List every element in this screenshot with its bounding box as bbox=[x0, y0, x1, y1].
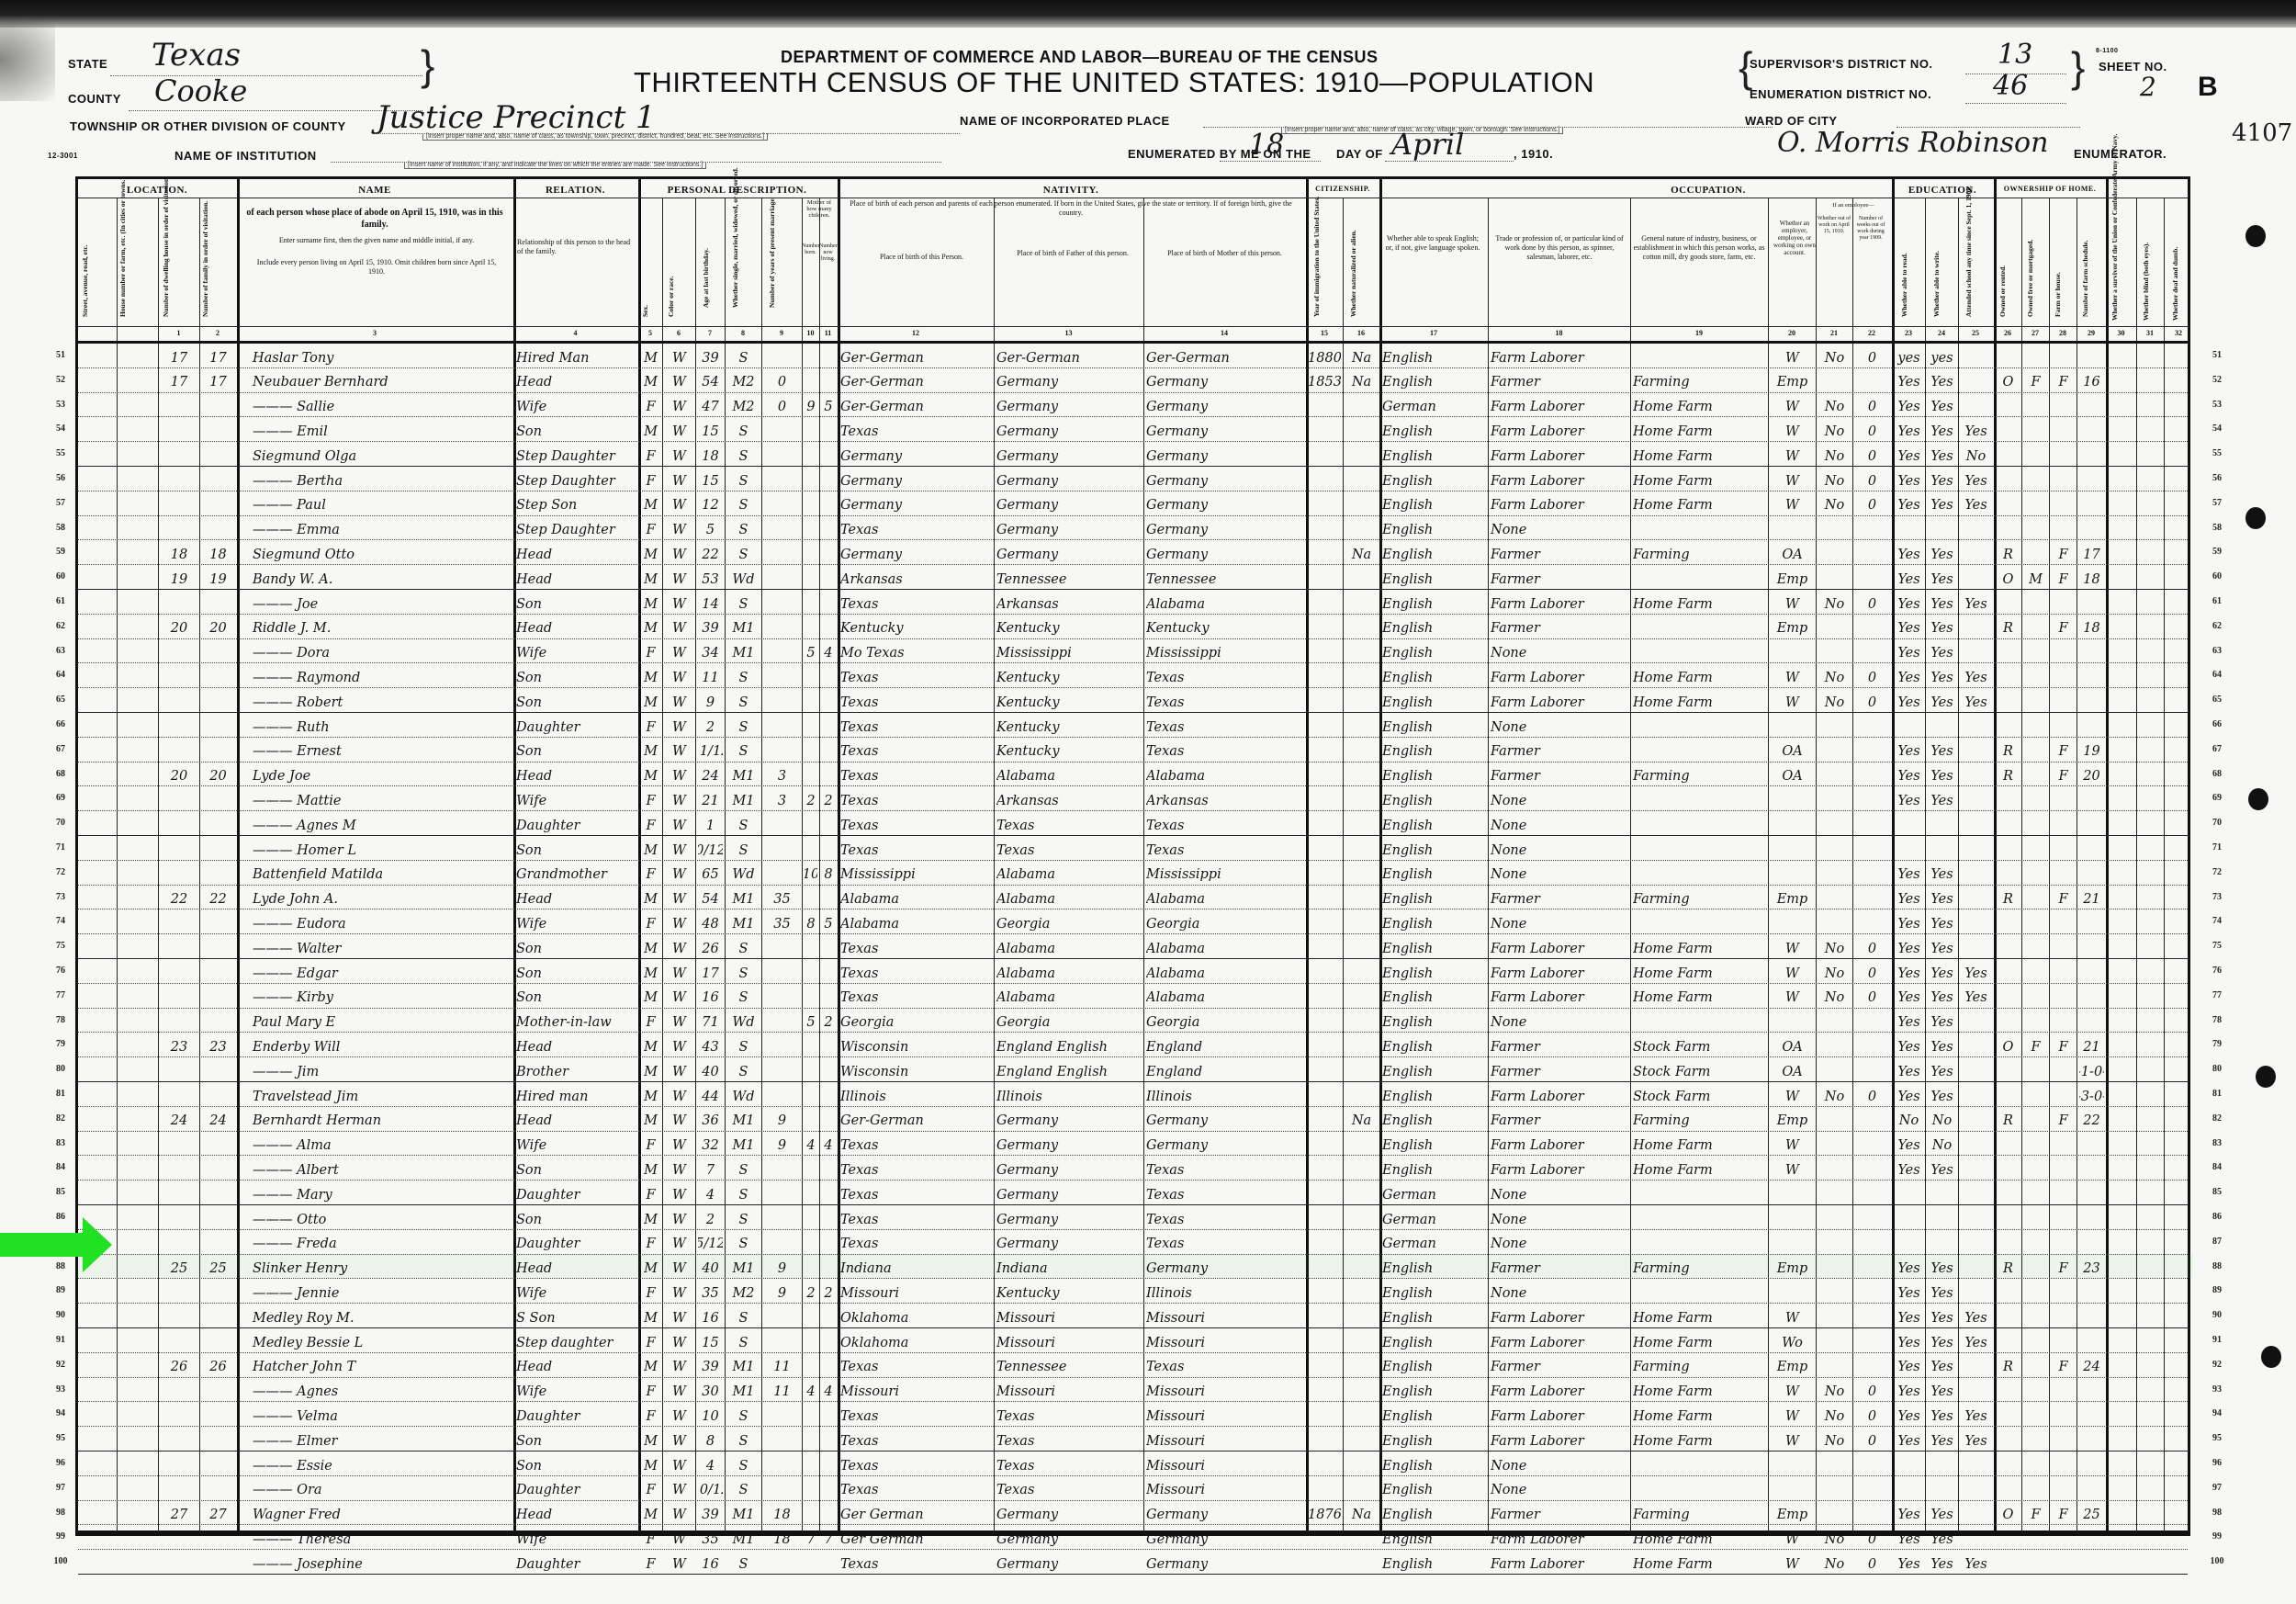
cell-read: Yes bbox=[1895, 933, 1923, 958]
cell-nat bbox=[1345, 1056, 1378, 1081]
cell-own: O bbox=[1997, 564, 2020, 589]
line-number: 53 bbox=[48, 400, 73, 410]
cell-dwelling bbox=[161, 1549, 197, 1574]
cell-write: Yes bbox=[1928, 1401, 1956, 1426]
cell-name: ——— Joe bbox=[240, 589, 511, 614]
table-row[interactable]: ——— MaryDaughterFW4STexasGermanyTexasGer… bbox=[78, 1180, 2193, 1204]
cell-school bbox=[1961, 1081, 1991, 1106]
cell-industry: Home Farm bbox=[1633, 1426, 1766, 1451]
cell-race: W bbox=[665, 515, 693, 540]
table-row[interactable]: ——— BerthaStep DaughterFW15SGermanyGerma… bbox=[78, 466, 2193, 491]
table-row[interactable]: ——— RuthDaughterFW2STexasKentuckyTexasEn… bbox=[78, 712, 2193, 737]
cell-read: Yes bbox=[1895, 1426, 1923, 1451]
cell-trade: Farm Laborer bbox=[1491, 933, 1628, 958]
cell-industry bbox=[1633, 785, 1766, 810]
cell-race: W bbox=[665, 1008, 693, 1033]
cell-mort: F bbox=[2024, 367, 2047, 392]
punch-hole bbox=[2256, 1066, 2276, 1088]
cell-born bbox=[805, 367, 817, 392]
table-row[interactable]: 2020Lyde JoeHeadMW24M13TexasAlabamaAlaba… bbox=[78, 762, 2193, 786]
line-number: 61 bbox=[2204, 596, 2230, 606]
cell-trade: None bbox=[1491, 1008, 1628, 1033]
cell-emp bbox=[1771, 1180, 1814, 1204]
cell-read: Yes bbox=[1895, 441, 1923, 466]
cell-yrs: 9 bbox=[764, 1254, 800, 1279]
cell-family bbox=[202, 1303, 234, 1327]
line-number: 57 bbox=[48, 498, 73, 508]
cell-name: ——— Velma bbox=[240, 1401, 511, 1426]
cell-mort bbox=[2024, 416, 2047, 441]
cell-imm bbox=[1309, 1426, 1341, 1451]
table-row[interactable]: ——— AlbertSonMW7STexasGermanyTexasEnglis… bbox=[78, 1155, 2193, 1180]
cell-marital: Wd bbox=[727, 1081, 760, 1106]
cell-relation: Daughter bbox=[516, 1229, 636, 1254]
cell-own bbox=[1997, 1204, 2020, 1229]
cell-out: No bbox=[1818, 1401, 1851, 1426]
cell-age: 48 bbox=[698, 909, 723, 933]
cell-weeks bbox=[1855, 515, 1889, 540]
table-row[interactable]: ——— FredaDaughterFW5/12STexasGermanyTexa… bbox=[78, 1229, 2193, 1254]
cell-yrs: 18 bbox=[764, 1524, 800, 1549]
cell-pob_m: Alabama bbox=[1146, 762, 1303, 786]
table-row[interactable]: ——— EdgarSonMW17STexasAlabamaAlabamaEngl… bbox=[78, 958, 2193, 983]
cell-imm bbox=[1309, 662, 1341, 687]
cell-weeks bbox=[1855, 712, 1889, 737]
table-row[interactable]: ——— OttoSonMW2STexasGermanyTexasGermanNo… bbox=[78, 1204, 2193, 1229]
cell-marital: S bbox=[727, 662, 760, 687]
cell-school bbox=[1961, 515, 1991, 540]
cell-name: Paul Mary E bbox=[240, 1008, 511, 1033]
cell-pob_m: Missouri bbox=[1146, 1451, 1303, 1475]
day-of-label: DAY OF bbox=[1336, 147, 1383, 161]
scan-top-edge bbox=[0, 0, 2296, 28]
table-row[interactable]: Medley Roy M.S SonMW16SOklahomaMissouriM… bbox=[78, 1303, 2193, 1327]
cell-write: yes bbox=[1928, 343, 1956, 367]
table-row[interactable]: ——— RaymondSonMW11STexasKentuckyTexasEng… bbox=[78, 662, 2193, 687]
cell-own bbox=[1997, 515, 2020, 540]
table-row[interactable]: ——— WalterSonMW26STexasAlabamaAlabamaEng… bbox=[78, 933, 2193, 958]
table-row[interactable]: ——— MattieWifeFW21M1322TexasArkansasArka… bbox=[78, 785, 2193, 810]
table-row[interactable]: Travelstead JimHired manMW44WdIllinoisIl… bbox=[78, 1081, 2193, 1106]
cell-school: Yes bbox=[1961, 958, 1991, 983]
cell-living bbox=[822, 416, 835, 441]
cell-pob: Indiana bbox=[840, 1254, 992, 1279]
cell-imm bbox=[1309, 1155, 1341, 1180]
table-row[interactable]: ——— AgnesWifeFW30M11144MissouriMissouriM… bbox=[78, 1377, 2193, 1402]
cell-weeks bbox=[1855, 1278, 1889, 1303]
cell-marital: S bbox=[727, 1327, 760, 1352]
cell-read: Yes bbox=[1895, 1524, 1923, 1549]
table-row[interactable]: ——— DoraWifeFW34M154Mo TexasMississippiM… bbox=[78, 638, 2193, 663]
line-number: 67 bbox=[2204, 744, 2230, 754]
table-row[interactable]: 2525Slinker HenryHeadMW40M19IndianaIndia… bbox=[78, 1254, 2193, 1279]
cell-school bbox=[1961, 1056, 1991, 1081]
table-row[interactable]: Medley Bessie LStep daughterFW15SOklahom… bbox=[78, 1327, 2193, 1352]
cell-fh bbox=[2052, 1303, 2075, 1327]
row-rule bbox=[78, 1574, 2188, 1575]
cell-mort bbox=[2024, 1204, 2047, 1229]
table-row[interactable]: ——— KirbySonMW16STexasAlabamaAlabamaEngl… bbox=[78, 983, 2193, 1008]
column-number: 22 bbox=[1852, 329, 1891, 337]
cell-marital: S bbox=[727, 491, 760, 515]
group-name: NAME bbox=[237, 185, 512, 196]
cell-fh: F bbox=[2052, 737, 2075, 762]
cell-read: Yes bbox=[1895, 909, 1923, 933]
cell-fh bbox=[2052, 933, 2075, 958]
line-number: 76 bbox=[2204, 966, 2230, 976]
table-row[interactable]: 2626Hatcher John THeadMW39M111TexasTenne… bbox=[78, 1352, 2193, 1377]
cell-family bbox=[202, 1008, 234, 1033]
cell-pob_m: Tennessee bbox=[1146, 564, 1303, 589]
cell-fh bbox=[2052, 1524, 2075, 1549]
cell-weeks: 0 bbox=[1855, 933, 1889, 958]
column-number: 7 bbox=[695, 329, 725, 337]
cell-lang: English bbox=[1382, 1254, 1486, 1279]
table-row[interactable]: ——— JimBrotherMW40SWisconsinEngland Engl… bbox=[78, 1056, 2193, 1081]
cell-write bbox=[1928, 1229, 1956, 1254]
table-row[interactable]: 2323Enderby WillHeadMW43SWisconsinEnglan… bbox=[78, 1032, 2193, 1056]
cell-emp bbox=[1771, 1229, 1814, 1254]
cell-living bbox=[822, 1106, 835, 1131]
cell-pob_m: Alabama bbox=[1146, 958, 1303, 983]
cell-emp: W bbox=[1771, 1081, 1814, 1106]
column-number: 11 bbox=[819, 329, 837, 337]
cell-industry: Home Farm bbox=[1633, 1377, 1766, 1402]
cell-sched: 9-3-0-0 bbox=[2079, 1081, 2104, 1106]
column-number: 27 bbox=[2021, 329, 2049, 337]
table-row[interactable]: ——— EudoraWifeFW48M13585AlabamaGeorgiaGe… bbox=[78, 909, 2193, 933]
cell-pob_m: Germany bbox=[1146, 1106, 1303, 1131]
cell-sex: M bbox=[641, 1032, 660, 1056]
cell-dwelling bbox=[161, 1426, 197, 1451]
punch-hole bbox=[2261, 1346, 2281, 1368]
cell-marital: M1 bbox=[727, 1524, 760, 1549]
cell-living: 8 bbox=[822, 860, 835, 885]
cell-lang: English bbox=[1382, 1451, 1486, 1475]
cell-name: Riddle J. M. bbox=[240, 614, 511, 638]
deaf-header: Whether deaf and dumb. bbox=[2172, 183, 2179, 321]
column-number: 1 bbox=[158, 329, 199, 337]
cell-sched bbox=[2079, 1180, 2104, 1204]
cell-nat bbox=[1345, 1524, 1378, 1549]
cell-born bbox=[805, 712, 817, 737]
cell-nat: Na bbox=[1345, 1106, 1378, 1131]
cell-family bbox=[202, 687, 234, 712]
cell-out: No bbox=[1818, 466, 1851, 491]
cell-family bbox=[202, 1056, 234, 1081]
cell-mort bbox=[2024, 662, 2047, 687]
cell-lang: English bbox=[1382, 1278, 1486, 1303]
line-number: 57 bbox=[2204, 498, 2230, 508]
cell-out bbox=[1818, 909, 1851, 933]
line-number: 95 bbox=[48, 1433, 73, 1443]
cell-nat: Na bbox=[1345, 367, 1378, 392]
cell-emp: OA bbox=[1771, 539, 1814, 564]
table-row[interactable]: ——— AlmaWifeFW32M1944TexasGermanyGermany… bbox=[78, 1131, 2193, 1156]
cell-sex: F bbox=[641, 441, 660, 466]
table-row[interactable]: ——— JoeSonMW14STexasArkansasAlabamaEngli… bbox=[78, 589, 2193, 614]
cell-sex: M bbox=[641, 614, 660, 638]
table-row[interactable]: 1717Neubauer BernhardHeadMW54M20Ger-Germ… bbox=[78, 367, 2193, 392]
cell-read bbox=[1895, 515, 1923, 540]
cell-weeks: 0 bbox=[1855, 687, 1889, 712]
cell-name: Lyde John A. bbox=[240, 885, 511, 909]
line-number: 72 bbox=[48, 867, 73, 877]
line-number: 94 bbox=[2204, 1408, 2230, 1418]
cell-living bbox=[822, 1155, 835, 1180]
cell-pob_m: Texas bbox=[1146, 687, 1303, 712]
cell-relation: Son bbox=[516, 416, 636, 441]
cell-industry: Home Farm bbox=[1633, 687, 1766, 712]
cell-imm bbox=[1309, 1327, 1341, 1352]
cell-own bbox=[1997, 638, 2020, 663]
cell-industry: Home Farm bbox=[1633, 1524, 1766, 1549]
table-row[interactable]: 2727Wagner FredHeadMW39M118Ger GermanGer… bbox=[78, 1500, 2193, 1525]
cell-dwelling bbox=[161, 1155, 197, 1180]
line-number: 87 bbox=[2204, 1237, 2230, 1247]
cell-own bbox=[1997, 1475, 2020, 1500]
cell-trade: Farmer bbox=[1491, 1032, 1628, 1056]
cell-pob_m: Missouri bbox=[1146, 1327, 1303, 1352]
line-number: 65 bbox=[48, 695, 73, 705]
table-row[interactable]: 1717Haslar TonyHired ManMW39SGer-GermanG… bbox=[78, 343, 2193, 367]
cell-relation: Son bbox=[516, 1451, 636, 1475]
line-number: 70 bbox=[2204, 818, 2230, 828]
cell-mort bbox=[2024, 1056, 2047, 1081]
cell-imm bbox=[1309, 1303, 1341, 1327]
cell-marital: M1 bbox=[727, 1377, 760, 1402]
cell-mort bbox=[2024, 762, 2047, 786]
cell-emp: W bbox=[1771, 983, 1814, 1008]
cell-lang: English bbox=[1382, 810, 1486, 835]
table-row[interactable]: ——— EmilSonMW15STexasGermanyGermanyEngli… bbox=[78, 416, 2193, 441]
cell-fh bbox=[2052, 1451, 2075, 1475]
cell-school bbox=[1961, 737, 1991, 762]
cell-sex: M bbox=[641, 367, 660, 392]
language-header: Whether able to speak English; or, if no… bbox=[1382, 234, 1483, 253]
cell-own bbox=[1997, 687, 2020, 712]
cell-imm bbox=[1309, 1451, 1341, 1475]
cell-relation: Wife bbox=[516, 909, 636, 933]
table-row[interactable]: 1919Bandy W. A.HeadMW53WdArkansasTenness… bbox=[78, 564, 2193, 589]
cell-marital: Wd bbox=[727, 1008, 760, 1033]
line-number: 75 bbox=[2204, 941, 2230, 951]
cell-sex: M bbox=[641, 835, 660, 860]
cell-yrs bbox=[764, 614, 800, 638]
cell-weeks bbox=[1855, 1131, 1889, 1156]
cell-read: Yes bbox=[1895, 1327, 1923, 1352]
table-row[interactable]: 2222Lyde John A.HeadMW54M135AlabamaAlaba… bbox=[78, 885, 2193, 909]
cell-sched bbox=[2079, 416, 2104, 441]
cell-sched bbox=[2079, 1401, 2104, 1426]
cell-living bbox=[822, 810, 835, 835]
cell-pob_m: Texas bbox=[1146, 1204, 1303, 1229]
cell-pob: Arkansas bbox=[840, 564, 992, 589]
column-number: 18 bbox=[1488, 329, 1630, 337]
cell-race: W bbox=[665, 1549, 693, 1574]
cell-marital: Wd bbox=[727, 564, 760, 589]
table-row[interactable]: ——— ElmerSonMW8STexasTexasMissouriEnglis… bbox=[78, 1426, 2193, 1451]
cell-family bbox=[202, 466, 234, 491]
cell-trade: Farm Laborer bbox=[1491, 1327, 1628, 1352]
cell-industry: Home Farm bbox=[1633, 662, 1766, 687]
cell-industry bbox=[1633, 737, 1766, 762]
table-row[interactable]: ——— Homer LSonMW0/12STexasTexasTexasEngl… bbox=[78, 835, 2193, 860]
cell-fh bbox=[2052, 589, 2075, 614]
cell-out bbox=[1818, 810, 1851, 835]
cell-pob_f: Texas bbox=[996, 835, 1142, 860]
cell-family bbox=[202, 737, 234, 762]
cell-write: Yes bbox=[1928, 1032, 1956, 1056]
cell-pob_m: Germany bbox=[1146, 392, 1303, 417]
table-row[interactable]: ——— JosephineDaughterFW16STexasGermanyGe… bbox=[78, 1549, 2193, 1574]
cell-school bbox=[1961, 835, 1991, 860]
cell-marital: M1 bbox=[727, 885, 760, 909]
cell-name: Bernhardt Herman bbox=[240, 1106, 511, 1131]
cell-dwelling bbox=[161, 638, 197, 663]
cell-sex: F bbox=[641, 1008, 660, 1033]
cell-lang: English bbox=[1382, 1008, 1486, 1033]
cell-sex: M bbox=[641, 1426, 660, 1451]
table-row[interactable]: 2020Riddle J. M.HeadMW39M1KentuckyKentuc… bbox=[78, 614, 2193, 638]
cell-name: ——— Jim bbox=[240, 1056, 511, 1081]
cell-dwelling bbox=[161, 1278, 197, 1303]
cell-lang: English bbox=[1382, 1056, 1486, 1081]
cell-pob_m: Georgia bbox=[1146, 1008, 1303, 1033]
table-row[interactable]: ——— RobertSonMW9STexasKentuckyTexasEngli… bbox=[78, 687, 2193, 712]
table-row[interactable]: ——— TheresaWifeFW35M11877Ger GermanGerma… bbox=[78, 1524, 2193, 1549]
cell-trade: Farmer bbox=[1491, 564, 1628, 589]
cell-age: 35 bbox=[698, 1278, 723, 1303]
line-number: 91 bbox=[48, 1335, 73, 1345]
cell-fh bbox=[2052, 810, 2075, 835]
cell-yrs bbox=[764, 1032, 800, 1056]
table-row[interactable]: ——— EmmaStep DaughterFW5STexasGermanyGer… bbox=[78, 515, 2193, 540]
table-row[interactable]: 2424Bernhardt HermanHeadMW36M19Ger-Germa… bbox=[78, 1106, 2193, 1131]
cell-relation: Son bbox=[516, 1426, 636, 1451]
table-row[interactable]: ——— OraDaughterFW10/12STexasTexasMissour… bbox=[78, 1475, 2193, 1500]
cell-read: Yes bbox=[1895, 1131, 1923, 1156]
cell-lang: English bbox=[1382, 1106, 1486, 1131]
cell-write: Yes bbox=[1928, 737, 1956, 762]
line-number: 83 bbox=[2204, 1138, 2230, 1148]
table-row[interactable]: ——— PaulStep SonMW12SGermanyGermanyGerma… bbox=[78, 491, 2193, 515]
table-row[interactable]: ——— ErnestSonMW11/12STexasKentuckyTexasE… bbox=[78, 737, 2193, 762]
table-row[interactable]: ——— EssieSonMW4STexasTexasMissouriEnglis… bbox=[78, 1451, 2193, 1475]
cell-write: Yes bbox=[1928, 564, 1956, 589]
cell-pob: Oklahoma bbox=[840, 1327, 992, 1352]
cell-weeks bbox=[1855, 1451, 1889, 1475]
cell-yrs bbox=[764, 1008, 800, 1033]
cell-lang: English bbox=[1382, 1352, 1486, 1377]
line-number: 88 bbox=[2204, 1261, 2230, 1271]
cell-sched: 24 bbox=[2079, 1352, 2104, 1377]
table-row[interactable]: Siegmund OlgaStep DaughterFW18SGermanyGe… bbox=[78, 441, 2193, 466]
cell-yrs bbox=[764, 589, 800, 614]
cell-sched bbox=[2079, 1327, 2104, 1352]
cell-industry bbox=[1633, 860, 1766, 885]
farm-schedule-header: Number of farm schedule. bbox=[2082, 216, 2089, 317]
cell-pob_f: Germany bbox=[996, 392, 1142, 417]
cell-read: Yes bbox=[1895, 958, 1923, 983]
table-row[interactable]: Battenfield MatildaGrandmotherFW65Wd108M… bbox=[78, 860, 2193, 885]
cell-pob_f: Ger-German bbox=[996, 343, 1142, 367]
cell-industry: Farming bbox=[1633, 1106, 1766, 1131]
cell-pob_m: Texas bbox=[1146, 737, 1303, 762]
table-row[interactable]: ——— VelmaDaughterFW10STexasTexasMissouri… bbox=[78, 1401, 2193, 1426]
table-row[interactable]: ——— JennieWifeFW35M2922MissouriKentuckyI… bbox=[78, 1278, 2193, 1303]
cell-pob_m: Ger-German bbox=[1146, 343, 1303, 367]
cell-emp: Emp bbox=[1771, 1254, 1814, 1279]
cell-born bbox=[805, 491, 817, 515]
cell-yrs bbox=[764, 1229, 800, 1254]
sheet-brace: } bbox=[2071, 46, 2085, 88]
table-row[interactable]: ——— SallieWifeFW47M2095Ger-GermanGermany… bbox=[78, 392, 2193, 417]
cell-family bbox=[202, 983, 234, 1008]
cell-imm bbox=[1309, 416, 1341, 441]
cell-weeks bbox=[1855, 1204, 1889, 1229]
cell-born bbox=[805, 1426, 817, 1451]
cell-name: ——— Bertha bbox=[240, 466, 511, 491]
cell-sched bbox=[2079, 515, 2104, 540]
dwelling-header: Number of dwelling house in order of vis… bbox=[163, 207, 170, 317]
cell-family bbox=[202, 638, 234, 663]
cell-nat bbox=[1345, 958, 1378, 983]
cell-write: Yes bbox=[1928, 762, 1956, 786]
cell-emp: W bbox=[1771, 662, 1814, 687]
cell-write: Yes bbox=[1928, 983, 1956, 1008]
cell-imm bbox=[1309, 1056, 1341, 1081]
cell-dwelling: 24 bbox=[161, 1106, 197, 1131]
cell-relation: Daughter bbox=[516, 1549, 636, 1574]
cell-pob: Germany bbox=[840, 466, 992, 491]
column-number: 5 bbox=[638, 329, 662, 337]
sex-header: Sex. bbox=[642, 253, 649, 317]
cell-pob_m: Germany bbox=[1146, 1524, 1303, 1549]
line-number: 73 bbox=[2204, 892, 2230, 902]
cell-emp: W bbox=[1771, 958, 1814, 983]
cell-imm: 1880 bbox=[1309, 343, 1341, 367]
cell-age: 8 bbox=[698, 1426, 723, 1451]
group-location: LOCATION. bbox=[78, 185, 236, 196]
cell-pob_f: Germany bbox=[996, 515, 1142, 540]
cell-out bbox=[1818, 539, 1851, 564]
table-row[interactable]: Paul Mary EMother-in-lawFW71Wd52GeorgiaG… bbox=[78, 1008, 2193, 1033]
cell-marital: M1 bbox=[727, 614, 760, 638]
cell-fh bbox=[2052, 392, 2075, 417]
cell-relation: Hired man bbox=[516, 1081, 636, 1106]
cell-race: W bbox=[665, 1451, 693, 1475]
cell-sex: F bbox=[641, 860, 660, 885]
cell-trade: Farm Laborer bbox=[1491, 441, 1628, 466]
cell-mort bbox=[2024, 835, 2047, 860]
cell-living bbox=[822, 885, 835, 909]
cell-sched bbox=[2079, 1426, 2104, 1451]
cell-school: Yes bbox=[1961, 1426, 1991, 1451]
cell-dwelling: 20 bbox=[161, 614, 197, 638]
cell-write: Yes bbox=[1928, 933, 1956, 958]
cell-emp: Emp bbox=[1771, 564, 1814, 589]
cell-name: Hatcher John T bbox=[240, 1352, 511, 1377]
cell-sched bbox=[2079, 687, 2104, 712]
cell-sex: M bbox=[641, 539, 660, 564]
cell-sched bbox=[2079, 1475, 2104, 1500]
table-row[interactable]: ——— Agnes MDaughterFW1STexasTexasTexasEn… bbox=[78, 810, 2193, 835]
table-row[interactable]: 1818Siegmund OttoHeadMW22SGermanyGermany… bbox=[78, 539, 2193, 564]
cell-pob_f: Alabama bbox=[996, 983, 1142, 1008]
cell-write: Yes bbox=[1928, 1008, 1956, 1033]
cell-pob_m: Arkansas bbox=[1146, 785, 1303, 810]
